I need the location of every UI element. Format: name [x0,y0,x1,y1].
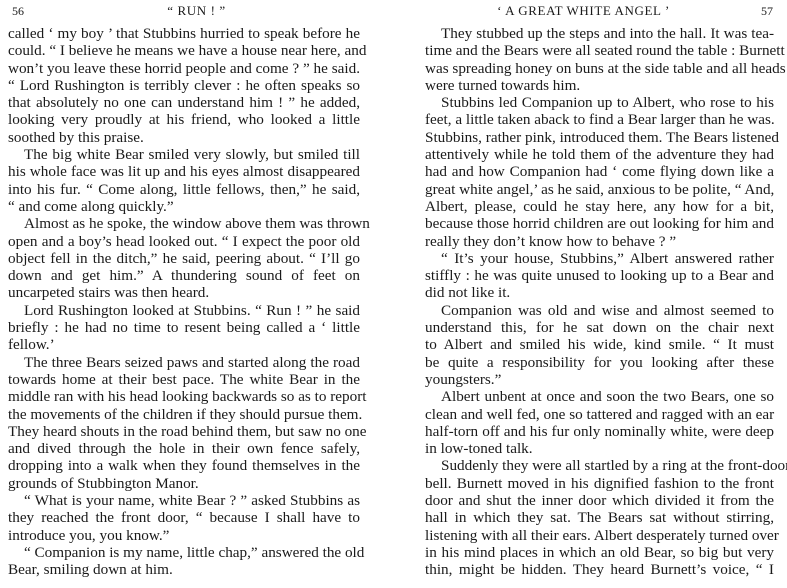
text-line: They heard shouts in the road behind the… [8,423,360,440]
text-line: “ What is your name, white Bear ? ” aske… [8,492,360,509]
text-line: “ Lord Rushington is terribly clever : h… [8,77,360,94]
text-line: because those horrid children are out lo… [425,215,774,232]
text-line: won’t you leave these horrid people and … [8,60,360,77]
text-line: listening with all their ears. Albert de… [425,527,774,544]
text-line: The three Bears seized paws and started … [8,354,360,371]
text-line: Albert, please, could he stay here, any … [425,198,774,215]
text-line: grounds of Stubbington Manor. [8,475,360,492]
text-line: did not like it. [425,284,774,301]
text-line: dropping into a walk when they found the… [8,457,360,474]
page-number: 57 [761,4,773,19]
text-line: into his fur. “ Come along, little fello… [8,181,360,198]
text-line: that absolutely no one can understand hi… [8,94,360,111]
text-line: stiffly : he was quite unused to looking… [425,267,774,284]
page-body: They stubbed up the steps and into the h… [425,25,774,579]
text-line: Albert unbent at once and soon the two B… [425,388,774,405]
text-line: Stubbins, rather pink, introduced them. … [425,129,774,146]
text-line: in his mind places in which an old Bear,… [425,544,774,561]
text-line: down and get him.” A thundering sound of… [8,267,360,284]
text-line: door and shut the inner door which divid… [425,492,774,509]
text-line: had and how Companion had ‘ come flying … [425,163,774,180]
text-line: The big white Bear smiled very slowly, b… [8,146,360,163]
text-line: in low-toned talk. [425,440,774,457]
text-line: be quite a responsibility for you lookin… [425,354,774,371]
text-line: Almost as he spoke, the window above the… [8,215,360,232]
text-line: Lord Rushington looked at Stubbins. “ Ru… [8,302,360,319]
text-line: looking very proudly at his friend, who … [8,111,360,128]
text-line: bell. Burnett moved in his dignified fas… [425,475,774,492]
text-line: fellow.’ [8,336,360,353]
page-body: called ‘ my boy ’ that Stubbins hurried … [8,25,360,579]
text-line: was spreading honey on buns at the side … [425,60,774,77]
text-line: thin, might be hidden. They heard Burnet… [425,561,774,578]
text-line: hall in which they sat. The Bears sat wi… [425,509,774,526]
text-line: youngsters.” [425,371,774,388]
text-line: “ It’s your house, Stubbins,” Albert ans… [425,250,774,267]
text-line: the movements of the children if they sh… [8,406,360,423]
text-line: Stubbins led Companion up to Albert, who… [425,94,774,111]
text-line: They stubbed up the steps and into the h… [425,25,774,42]
text-line: to Albert and smiled his wide, kind smil… [425,336,774,353]
text-line: uncarpeted stairs was then heard. [8,284,360,301]
text-line: clean and well fed, one so tattered and … [425,406,774,423]
running-title: ‘ A GREAT WHITE ANGEL ’ [426,3,741,19]
text-line: they reached the front door, “ because I… [8,509,360,526]
text-line: understand this, for he sat down on the … [425,319,774,336]
text-line: soothed by this praise. [8,129,360,146]
text-line: feet, a little taken aback to find a Bea… [425,111,774,128]
text-line: could. “ I believe he means we have a ho… [8,42,360,59]
text-line: really they don’t know how to behave ? ” [425,233,774,250]
text-line: great white angel,’ as he said, anxious … [425,181,774,198]
text-line: open and a boy’s head looked out. “ I ex… [8,233,360,250]
text-line: called ‘ my boy ’ that Stubbins hurried … [8,25,360,42]
text-line: introduce you, you know.” [8,527,360,544]
text-line: his whole face was lit up and his eyes a… [8,163,360,180]
text-line: “ and come along quickly.” [8,198,360,215]
text-line: “ Companion is my name, little chap,” an… [8,544,360,561]
running-title: “ RUN ! ” [0,3,393,19]
text-line: time and the Bears were all seated round… [425,42,774,59]
text-line: Companion was old and wise and almost se… [425,302,774,319]
text-line: object fell in the ditch,” he said, peer… [8,250,360,267]
text-line: Suddenly they were all startled by a rin… [425,457,774,474]
text-line: middle ran with his head looking backwar… [8,388,360,405]
text-line: half-torn off and his fur only nominally… [425,423,774,440]
text-line: were turned towards him. [425,77,774,94]
text-line: attentively while he told them of the ad… [425,146,774,163]
text-line: and dived through the hole in their own … [8,440,360,457]
text-line: briefly : he had no time to resent being… [8,319,360,336]
text-line: Bear, smiling down at him. [8,561,360,578]
text-line: towards home at their best pace. The whi… [8,371,360,388]
right-page: ‘ A GREAT WHITE ANGEL ’ 57 They stubbed … [394,0,787,588]
left-page: 56 “ RUN ! ” called ‘ my boy ’ that Stub… [0,0,393,588]
